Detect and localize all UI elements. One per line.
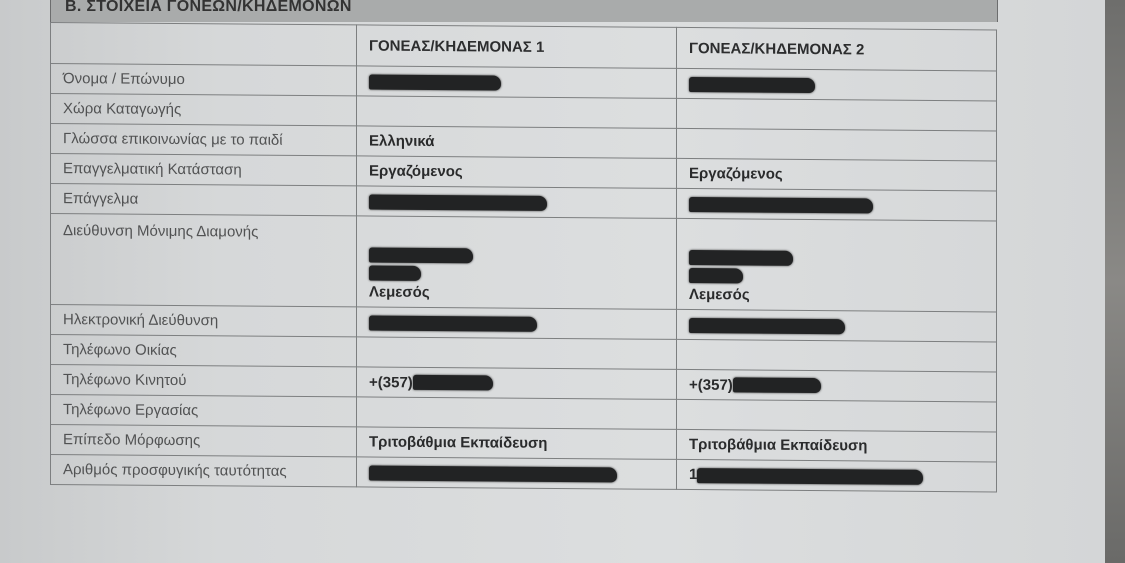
- parent1-profession: [357, 186, 677, 219]
- row-label-refugee-id: Αριθμός προσφυγικής ταυτότητας: [51, 455, 357, 487]
- redaction-mark: [689, 250, 793, 266]
- parent2-city: Λεμεσός: [689, 286, 750, 303]
- table-row: Διεύθυνση Μόνιμης Διαμονής Λεμεσός Λεμεσ…: [51, 214, 997, 312]
- row-label-language: Γλώσσα επικοινωνίας με το παιδί: [51, 124, 357, 156]
- phone-prefix: +(357): [369, 374, 413, 391]
- redaction-mark: [689, 318, 845, 334]
- row-label-home-phone: Τηλέφωνο Οικίας: [51, 335, 357, 367]
- parent1-country: [357, 96, 677, 129]
- redaction-mark: [689, 77, 815, 93]
- row-label-name: Όνομα / Επώνυμο: [51, 64, 357, 96]
- header-parent-1: ΓΟΝΕΑΣ/ΚΗΔΕΜΟΝΑΣ 1: [357, 25, 677, 69]
- row-label-employment-status: Επαγγελματική Κατάσταση: [51, 154, 357, 186]
- parent2-address: Λεμεσός: [677, 218, 997, 312]
- parent2-refugee-id: 1: [677, 459, 997, 492]
- redaction-mark: [369, 248, 473, 264]
- redaction-mark: [689, 268, 743, 283]
- table-row: Αριθμός προσφυγικής ταυτότητας 1: [51, 455, 997, 492]
- parent1-city: Λεμεσός: [369, 284, 430, 301]
- parent2-work-phone: [677, 399, 997, 432]
- parent1-address: Λεμεσός: [357, 216, 677, 310]
- row-label-education: Επίπεδο Μόρφωσης: [51, 425, 357, 457]
- parent2-name: [677, 68, 997, 101]
- row-label-address: Διεύθυνση Μόνιμης Διαμονής: [51, 214, 357, 307]
- redaction-mark: [689, 197, 873, 213]
- redaction-mark: [413, 375, 493, 391]
- parent2-email: [677, 309, 997, 342]
- redaction-mark: [369, 266, 421, 281]
- redaction-mark: [369, 315, 537, 331]
- redaction-mark: [369, 465, 617, 482]
- redaction-mark: [369, 194, 547, 210]
- parent2-profession: [677, 188, 997, 221]
- parent1-home-phone: [357, 337, 677, 370]
- redaction-mark: [369, 74, 501, 90]
- parent1-employment-status: Εργαζόμενος: [357, 156, 677, 189]
- refugee-id-prefix: 1: [689, 466, 697, 483]
- parent2-education: Τριτοβάθμια Εκπαίδευση: [677, 429, 997, 462]
- row-label-work-phone: Τηλέφωνο Εργασίας: [51, 395, 357, 427]
- desk-surface: [1105, 0, 1125, 563]
- parent2-mobile-phone: +(357): [677, 369, 997, 402]
- guardians-table: ΓΟΝΕΑΣ/ΚΗΔΕΜΟΝΑΣ 1 ΓΟΝΕΑΣ/ΚΗΔΕΜΟΝΑΣ 2 Όν…: [50, 22, 997, 492]
- parent1-name: [357, 66, 677, 99]
- row-label-profession: Επάγγελμα: [51, 184, 357, 216]
- row-label-mobile-phone: Τηλέφωνο Κινητού: [51, 365, 357, 397]
- header-parent-2: ΓΟΝΕΑΣ/ΚΗΔΕΜΟΝΑΣ 2: [677, 27, 997, 71]
- parent2-employment-status: Εργαζόμενος: [677, 158, 997, 191]
- redaction-mark: [733, 378, 821, 394]
- header-blank: [51, 23, 357, 66]
- row-label-country: Χώρα Καταγωγής: [51, 94, 357, 126]
- parent2-home-phone: [677, 339, 997, 372]
- parent1-refugee-id: [357, 457, 677, 490]
- parent2-language: [677, 128, 997, 161]
- parent1-language: Ελληνικά: [357, 126, 677, 159]
- redaction-mark: [697, 468, 923, 485]
- section-title: Β. ΣΤΟΙΧΕΙΑ ΓΟΝΕΩΝ/ΚΗΔΕΜΟΝΩΝ: [65, 0, 352, 16]
- parent1-work-phone: [357, 397, 677, 430]
- parent2-country: [677, 98, 997, 131]
- parent1-mobile-phone: +(357): [357, 367, 677, 400]
- section-header: Β. ΣΤΟΙΧΕΙΑ ΓΟΝΕΩΝ/ΚΗΔΕΜΟΝΩΝ: [50, 0, 998, 22]
- phone-prefix: +(357): [689, 376, 733, 393]
- parent1-education: Τριτοβάθμια Εκπαίδευση: [357, 427, 677, 460]
- row-label-email: Ηλεκτρονική Διεύθυνση: [51, 305, 357, 337]
- parent1-email: [357, 307, 677, 340]
- paper-sheet: Β. ΣΤΟΙΧΕΙΑ ΓΟΝΕΩΝ/ΚΗΔΕΜΟΝΩΝ ΓΟΝΕΑΣ/ΚΗΔΕ…: [0, 0, 1105, 563]
